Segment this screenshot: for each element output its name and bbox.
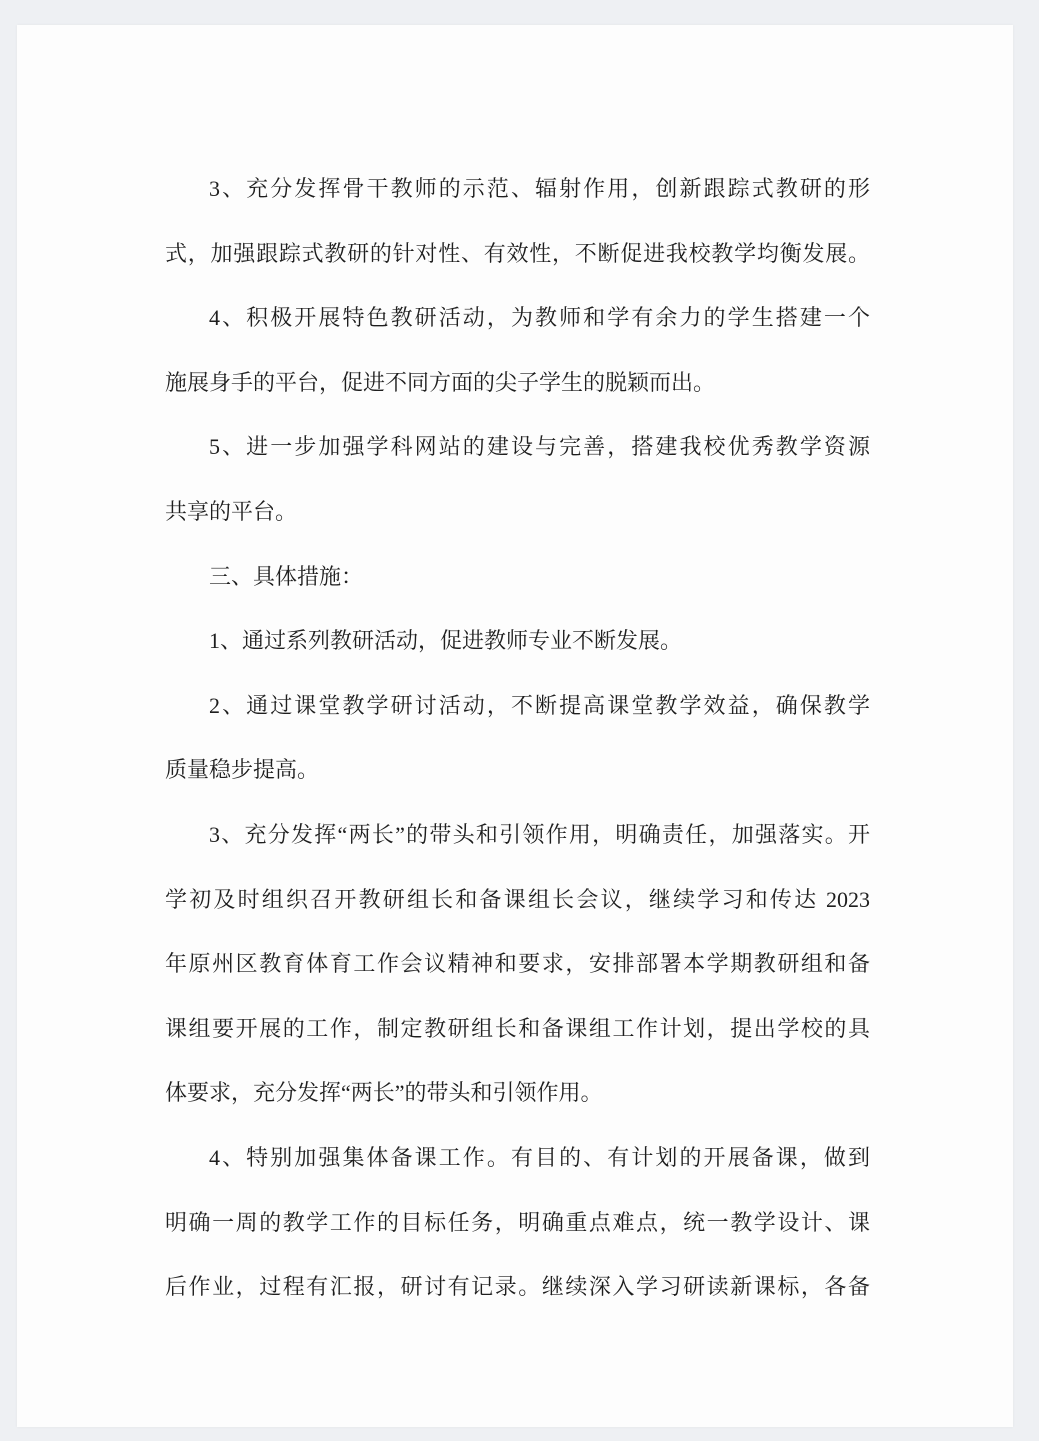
text-line: 施展身手的平台，促进不同方面的尖子学生的脱颖而出。 bbox=[165, 351, 870, 416]
text-line: 后作业，过程有汇报，研讨有记录。继续深入学习研读新课标，各备 bbox=[165, 1255, 870, 1320]
document-page: 3、充分发挥骨干教师的示范、辐射作用，创新跟踪式教研的形式，加强跟踪式教研的针对… bbox=[17, 25, 1013, 1427]
text-line: 3、充分发挥“两长”的带头和引领作用，明确责任，加强落实。开 bbox=[165, 803, 870, 868]
text-line: 4、特别加强集体备课工作。有目的、有计划的开展备课，做到 bbox=[165, 1126, 870, 1191]
text-line: 学初及时组织召开教研组长和备课组长会议，继续学习和传达 2023 bbox=[165, 868, 870, 933]
text-line: 1、通过系列教研活动，促进教师专业不断发展。 bbox=[165, 609, 870, 674]
text-line: 明确一周的教学工作的目标任务，明确重点难点，统一教学设计、课 bbox=[165, 1191, 870, 1256]
text-line: 5、进一步加强学科网站的建设与完善，搭建我校优秀教学资源 bbox=[165, 415, 870, 480]
text-line: 质量稳步提高。 bbox=[165, 738, 870, 803]
text-line: 2、通过课堂教学研讨活动，不断提高课堂教学效益，确保教学 bbox=[165, 674, 870, 739]
text-line: 三、具体措施： bbox=[165, 545, 870, 610]
text-line: 共享的平台。 bbox=[165, 480, 870, 545]
text-line: 4、积极开展特色教研活动，为教师和学有余力的学生搭建一个 bbox=[165, 286, 870, 351]
text-line: 体要求，充分发挥“两长”的带头和引领作用。 bbox=[165, 1061, 870, 1126]
text-line: 式，加强跟踪式教研的针对性、有效性，不断促进我校教学均衡发展。 bbox=[165, 222, 870, 287]
text-line: 3、充分发挥骨干教师的示范、辐射作用，创新跟踪式教研的形 bbox=[165, 157, 870, 222]
document-body: 3、充分发挥骨干教师的示范、辐射作用，创新跟踪式教研的形式，加强跟踪式教研的针对… bbox=[165, 157, 870, 1320]
text-line: 年原州区教育体育工作会议精神和要求，安排部署本学期教研组和备 bbox=[165, 932, 870, 997]
text-line: 课组要开展的工作，制定教研组长和备课组工作计划，提出学校的具 bbox=[165, 997, 870, 1062]
